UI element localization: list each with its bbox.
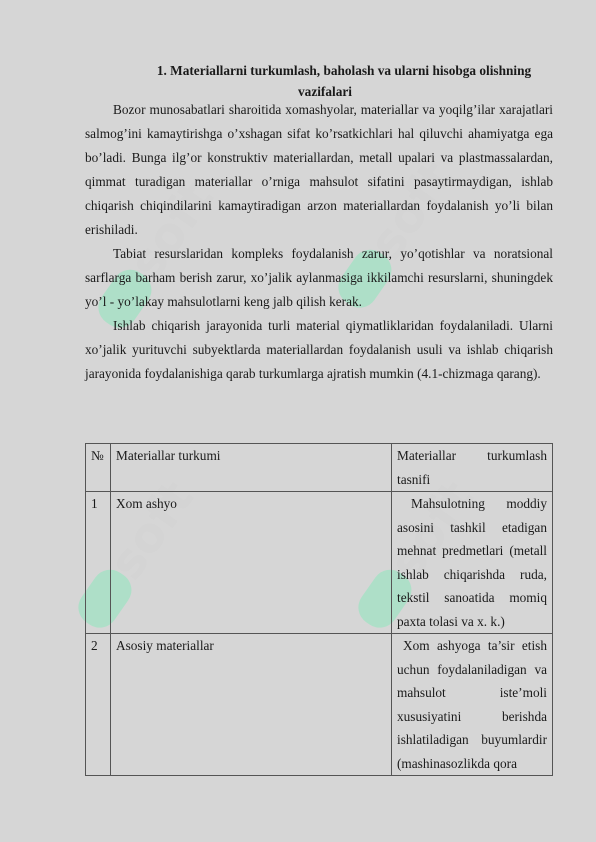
section-heading-line2: vazifalari bbox=[298, 84, 352, 99]
body-text: Bozor munosabatlari sharoitida xomashyol… bbox=[85, 98, 553, 386]
cell-num: 2 bbox=[86, 634, 111, 776]
paragraph: Bozor munosabatlari sharoitida xomashyol… bbox=[85, 98, 553, 242]
cell-category: Asosiy materiallar bbox=[111, 634, 392, 776]
cell-category: Xom ashyo bbox=[111, 492, 392, 634]
materials-classification-table: № Materiallar turkumi Materiallar turkum… bbox=[85, 443, 553, 776]
header-description: Materiallar turkumlash tasnifi bbox=[392, 444, 553, 492]
cell-description: Xom ashyoga ta’sir etish uchun foydalani… bbox=[392, 634, 553, 776]
paragraph: Tabiat resurslaridan kompleks foydalanis… bbox=[85, 242, 553, 314]
section-heading-line1: 1. Materiallarni turkumlash, baholash va… bbox=[100, 60, 550, 81]
document-page: soft soft soft soft 1. Materiallarni tur… bbox=[0, 0, 596, 842]
cell-num: 1 bbox=[86, 492, 111, 634]
table-row: 1 Xom ashyo Mahsulotning moddiy asosini … bbox=[86, 492, 553, 634]
section-heading: 1. Materiallarni turkumlash, baholash va… bbox=[100, 60, 550, 102]
header-num: № bbox=[86, 444, 111, 492]
paragraph: Ishlab chiqarish jarayonida turli materi… bbox=[85, 314, 553, 386]
table-row: 2 Asosiy materiallar Xom ashyoga ta’sir … bbox=[86, 634, 553, 776]
header-category: Materiallar turkumi bbox=[111, 444, 392, 492]
table-header-row: № Materiallar turkumi Materiallar turkum… bbox=[86, 444, 553, 492]
cell-description: Mahsulotning moddiy asosini tashkil etad… bbox=[392, 492, 553, 634]
